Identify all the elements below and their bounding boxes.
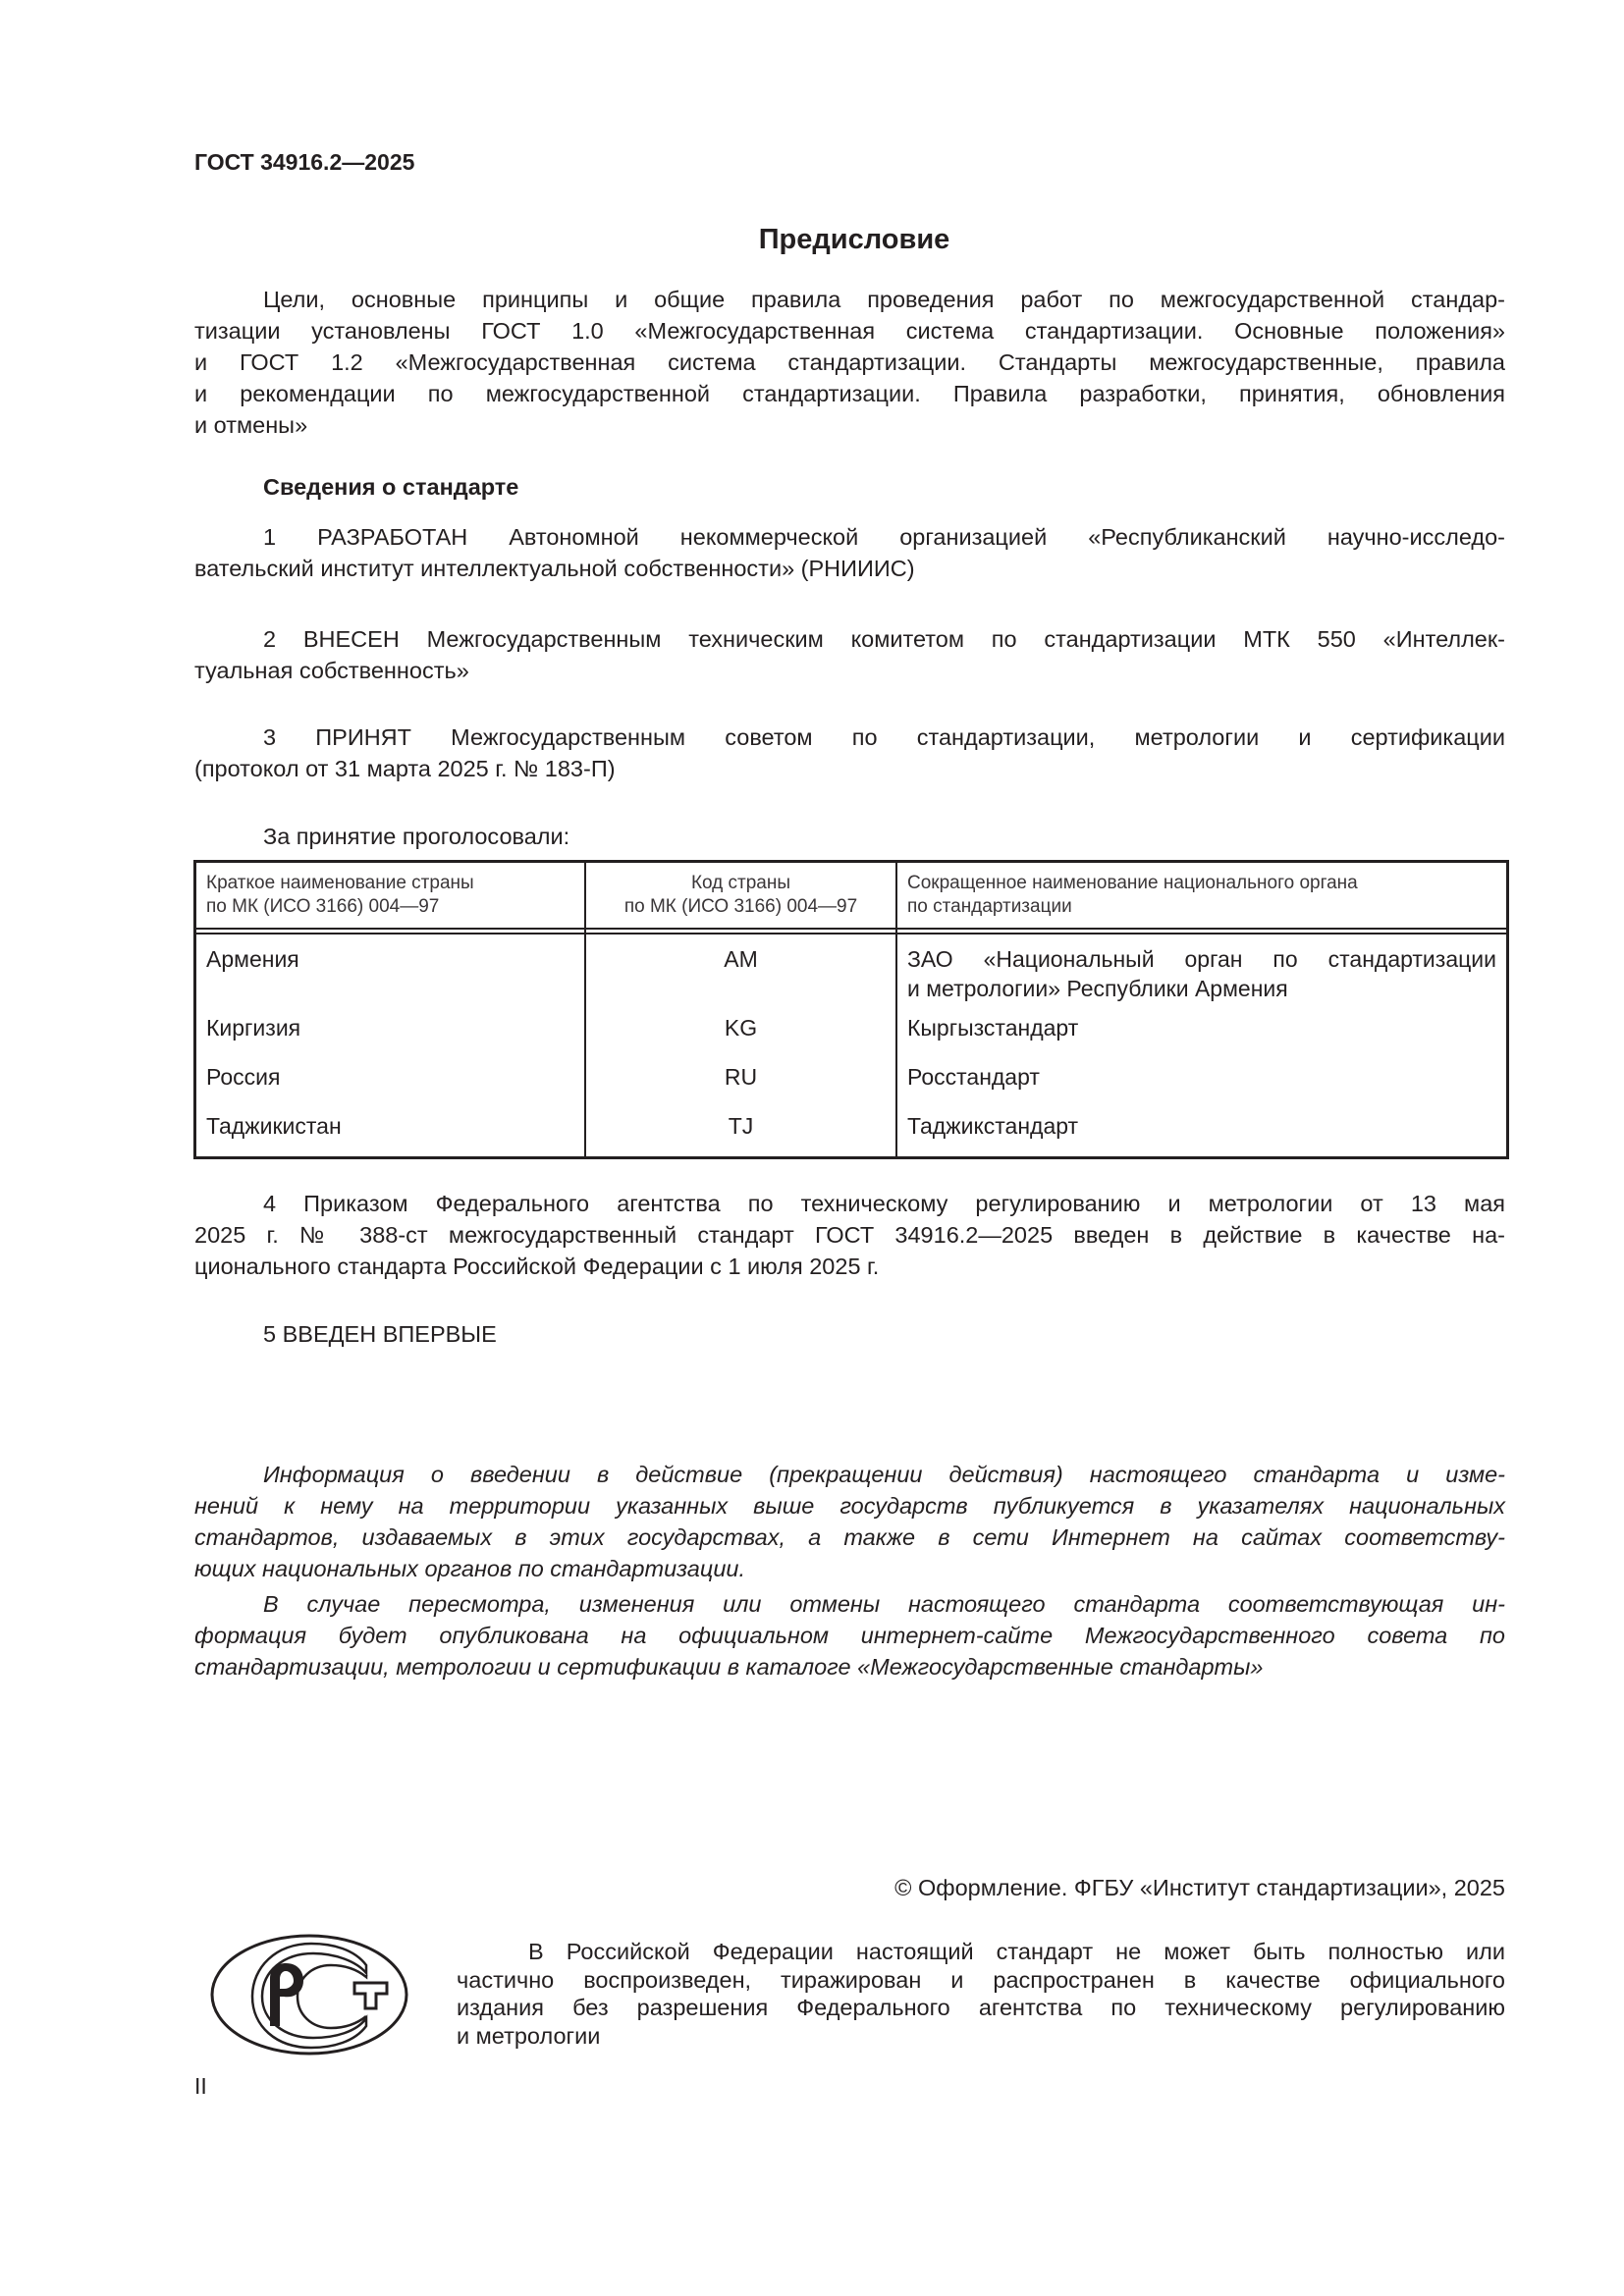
column-header-national-body: Сокращенное наименование национального о… xyxy=(896,862,1508,930)
info-item-first-introduced: 5 ВВЕДЕН ВПЕРВЫЕ xyxy=(263,1318,497,1350)
header-line: по стандартизации xyxy=(907,895,1496,919)
table-row: Армения AM ЗАО «Национальный орган по ст… xyxy=(195,934,1508,1013)
text-line: ционального стандарта Российской Федерац… xyxy=(194,1251,1505,1282)
text-line: В случае пересмотра, изменения или отмен… xyxy=(194,1588,1505,1620)
text-line: 1 РАЗРАБОТАН Автономной некоммерческой о… xyxy=(194,521,1505,553)
text-line: (протокол от 31 марта 2025 г. № 183-П) xyxy=(194,753,1505,784)
text-line: В Российской Федерации настоящий стандар… xyxy=(457,1938,1505,1966)
reproduction-rights-notice: В Российской Федерации настоящий стандар… xyxy=(457,1938,1505,2050)
text-line: частично воспроизведен, тиражирован и ра… xyxy=(457,1966,1505,1995)
copyright-notice: © Оформление. ФГБУ «Институт стандартиза… xyxy=(894,1875,1505,1901)
info-item-enacted: 4 Приказом Федерального агентства по тех… xyxy=(194,1188,1505,1282)
page-number: II xyxy=(194,2073,207,2100)
table-row: Таджикистан TJ Таджикстандарт xyxy=(195,1111,1508,1158)
header-line: по МК (ИСО 3166) 004—97 xyxy=(206,895,574,919)
info-item-submitted: 2 ВНЕСЕН Межгосударственным техническим … xyxy=(194,623,1505,686)
text-line: формация будет опубликована на официальн… xyxy=(194,1620,1505,1651)
text-line: издания без разрешения Федерального аген… xyxy=(457,1994,1505,2022)
text-line: Информация о введении в действие (прекра… xyxy=(194,1459,1505,1490)
foreword-title: Предисловие xyxy=(0,224,1624,256)
text-line: вательский институт интеллектуальной соб… xyxy=(194,553,1505,584)
info-item-developed: 1 РАЗРАБОТАН Автономной некоммерческой о… xyxy=(194,521,1505,584)
text-line: Цели, основные принципы и общие правила … xyxy=(194,284,1505,315)
text-line: ющих национальных органов по стандартиза… xyxy=(194,1553,1505,1584)
header-line: Код страны xyxy=(596,872,886,895)
rst-certification-mark-icon xyxy=(209,1932,409,2057)
cell-code: RU xyxy=(585,1062,896,1111)
cell-country: Таджикистан xyxy=(195,1111,586,1158)
voted-label: За принятие проголосовали: xyxy=(263,821,569,852)
text-line: 2 ВНЕСЕН Межгосударственным техническим … xyxy=(194,623,1505,655)
cell-national-body: ЗАО «Национальный орган по стандартизаци… xyxy=(896,934,1508,1013)
text-line: и метрологии» Республики Армения xyxy=(907,974,1496,1003)
text-line: 4 Приказом Федерального агентства по тех… xyxy=(194,1188,1505,1219)
text-line: и отмены» xyxy=(194,409,1505,441)
info-item-adopted: 3 ПРИНЯТ Межгосударственным советом по с… xyxy=(194,721,1505,784)
table-header-row: Краткое наименование страны по МК (ИСО 3… xyxy=(195,862,1508,930)
text-line: и метрологии xyxy=(457,2022,1505,2051)
cell-national-body: Таджикстандарт xyxy=(896,1111,1508,1158)
cell-country: Киргизия xyxy=(195,1013,586,1062)
cell-country: Россия xyxy=(195,1062,586,1111)
header-line: по МК (ИСО 3166) 004—97 xyxy=(596,895,886,919)
cell-national-body: Росстандарт xyxy=(896,1062,1508,1111)
table-row: Киргизия KG Кыргызстандарт xyxy=(195,1013,1508,1062)
cell-country: Армения xyxy=(195,934,586,1013)
header-line: Сокращенное наименование национального о… xyxy=(907,872,1496,895)
column-header-code: Код страны по МК (ИСО 3166) 004—97 xyxy=(585,862,896,930)
cell-code: KG xyxy=(585,1013,896,1062)
text-line: тизации установлены ГОСТ 1.0 «Межгосудар… xyxy=(194,315,1505,347)
text-line: туальная собственность» xyxy=(194,655,1505,686)
cell-code: AM xyxy=(585,934,896,1013)
text-line: и рекомендации по межгосударственной ста… xyxy=(194,378,1505,409)
document-code: ГОСТ 34916.2—2025 xyxy=(194,149,414,176)
text-line: стандартизации, метрологии и сертификаци… xyxy=(194,1651,1505,1682)
text-line: 3 ПРИНЯТ Межгосударственным советом по с… xyxy=(194,721,1505,753)
text-line: и ГОСТ 1.2 «Межгосударственная система с… xyxy=(194,347,1505,378)
voting-countries-table: Краткое наименование страны по МК (ИСО 3… xyxy=(193,860,1509,1159)
notice-publication-info: Информация о введении в действие (прекра… xyxy=(194,1459,1505,1584)
table-row: Россия RU Росстандарт xyxy=(195,1062,1508,1111)
header-line: Краткое наименование страны xyxy=(206,872,574,895)
cell-code: TJ xyxy=(585,1111,896,1158)
notice-revision-info: В случае пересмотра, изменения или отмен… xyxy=(194,1588,1505,1682)
text-line: ЗАО «Национальный орган по стандартизаци… xyxy=(907,944,1496,974)
text-line: стандартов, издаваемых в этих государств… xyxy=(194,1522,1505,1553)
foreword-intro-paragraph: Цели, основные принципы и общие правила … xyxy=(194,284,1505,441)
text-line: 2025 г. № 388-ст межгосударственный стан… xyxy=(194,1219,1505,1251)
text-line: нений к нему на территории указанных выш… xyxy=(194,1490,1505,1522)
standard-info-heading: Сведения о стандарте xyxy=(263,474,518,501)
column-header-country: Краткое наименование страны по МК (ИСО 3… xyxy=(195,862,586,930)
cell-national-body: Кыргызстандарт xyxy=(896,1013,1508,1062)
